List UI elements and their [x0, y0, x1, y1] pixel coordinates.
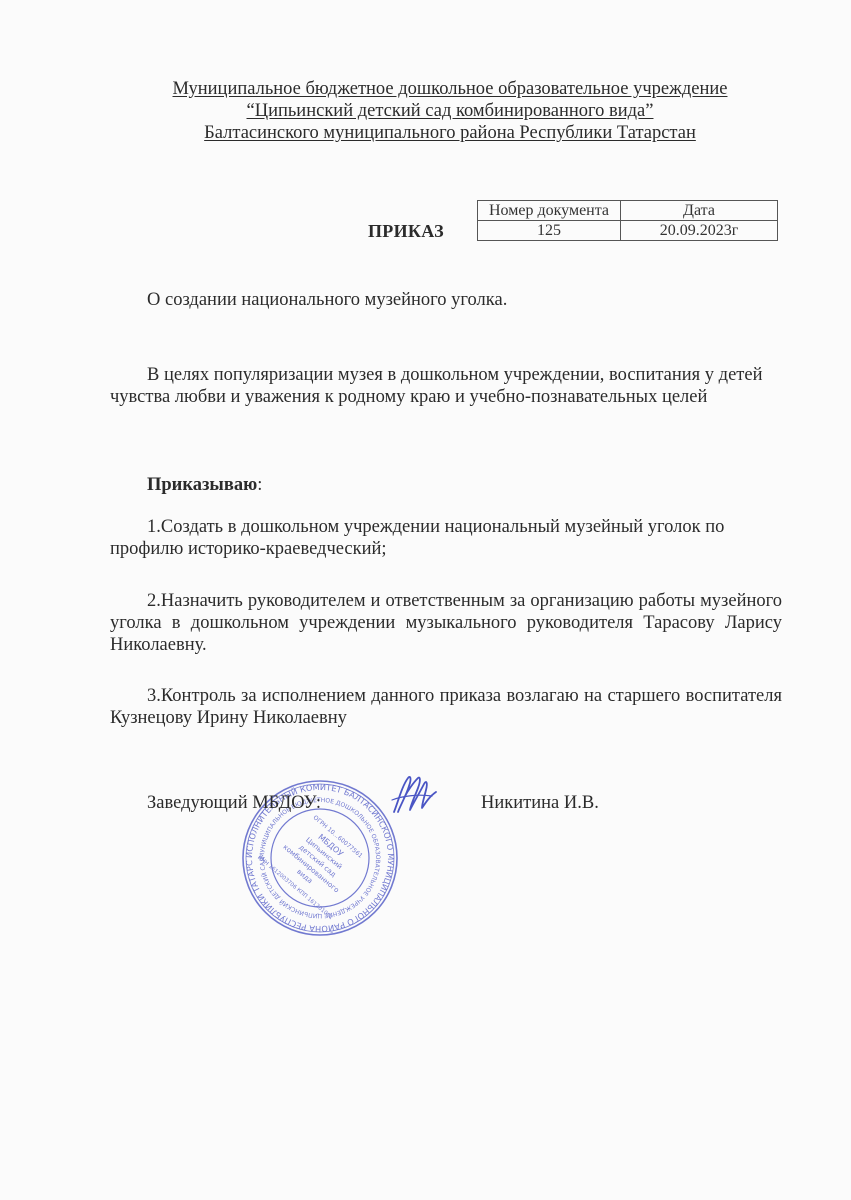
order-subject: О создании национального музейного уголк… [110, 289, 782, 311]
order-purpose: В целях популяризации музея в дошкольном… [110, 364, 782, 408]
doc-number-value: 125 [478, 221, 621, 241]
header-line-1: Муниципальное бюджетное дошкольное образ… [140, 78, 760, 100]
order-item-3: 3.Контроль за исполнением данного приказ… [110, 685, 782, 729]
header-line-3: Балтасинского муниципального района Респ… [140, 122, 760, 144]
document-info-table: Номер документа Дата 125 20.09.2023г [477, 200, 778, 241]
date-header: Дата [621, 201, 778, 221]
order-item-2: 2.Назначить руководителем и ответственны… [110, 590, 782, 656]
table-header-row: Номер документа Дата [478, 201, 778, 221]
order-title: ПРИКАЗ [368, 221, 444, 242]
signatory-name: Никитина И.В. [481, 793, 599, 814]
orders-label: Приказываю: [110, 474, 782, 496]
document-page: Муниципальное бюджетное дошкольное образ… [0, 0, 851, 1200]
institution-header: Муниципальное бюджетное дошкольное образ… [140, 78, 760, 144]
order-item-1: 1.Создать в дошкольном учреждении национ… [110, 516, 782, 560]
signature-icon [388, 772, 442, 818]
orders-label-text: Приказываю [147, 475, 257, 495]
orders-label-colon: : [257, 475, 262, 495]
header-line-2: “Ципьинский детский сад комбинированного… [140, 100, 760, 122]
table-row: 125 20.09.2023г [478, 221, 778, 241]
doc-number-header: Номер документа [478, 201, 621, 221]
signatory-position: Заведующий МБДОУ: [147, 793, 321, 814]
date-value: 20.09.2023г [621, 221, 778, 241]
